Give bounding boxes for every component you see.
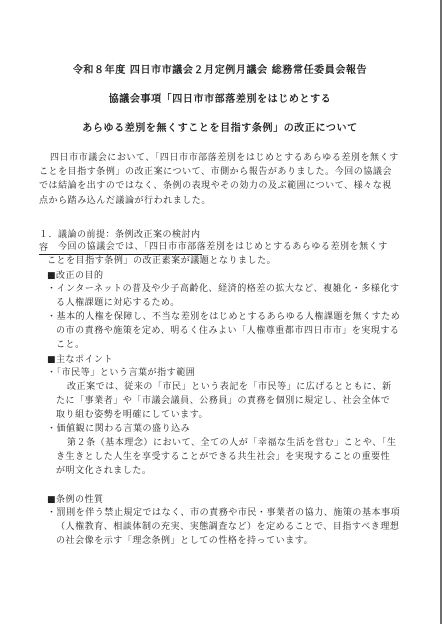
agenda-title-line1: 協議会事項「四日市市部落差別をはじめとする: [0, 90, 440, 105]
agenda-title-line2: あらゆる差別を無くすことを目指す条例」の改正について: [0, 119, 440, 134]
point-text: 第２条（基本理念）において、全ての人が「幸福な生活を営む」ことや、「生き生きとし…: [56, 436, 397, 479]
point-bullet: ・「市民等」という言葉が指す範囲: [47, 366, 406, 380]
point-bullet: ・価値観に関わる言葉の盛り込み: [47, 422, 406, 436]
nature-bullet: ・罰則を伴う禁止規定ではなく、市の責務や市民・事業者の協力、施策の基本事項（人権…: [47, 506, 406, 549]
document-page: 令和８年度 四日市市議会２月定例月議会 総務常任委員会報告 協議会事項「四日市市…: [0, 0, 442, 624]
report-title: 令和８年度 四日市市議会２月定例月議会 総務常任委員会報告: [0, 61, 440, 76]
goal-heading: ■改正の目的: [47, 268, 104, 281]
nature-heading: ■条例の性質: [47, 492, 104, 505]
points-heading: ■主なポイント: [47, 352, 113, 365]
section-1-paragraph: 今回の協議会では、「四日市市部落差別をはじめとするあらゆる差別を無くすことを目指…: [47, 240, 397, 268]
goal-bullet: ・基本的人権を保障し、不当な差別をはじめとするあらゆる人権課題を無くすための市の…: [47, 310, 406, 353]
goal-bullet: ・インターネットの普及や少子高齢化、経済的格差の拡大など、複雑化・多様化する人権…: [47, 282, 406, 310]
point-text: 改正案では、従来の「市民」という表記を「市民等」に広げるとともに、新たに「事業者…: [56, 380, 397, 423]
intro-paragraph: 四日市市議会において、「四日市市部落差別をはじめとするあらゆる差別を無くすことを…: [39, 151, 399, 208]
